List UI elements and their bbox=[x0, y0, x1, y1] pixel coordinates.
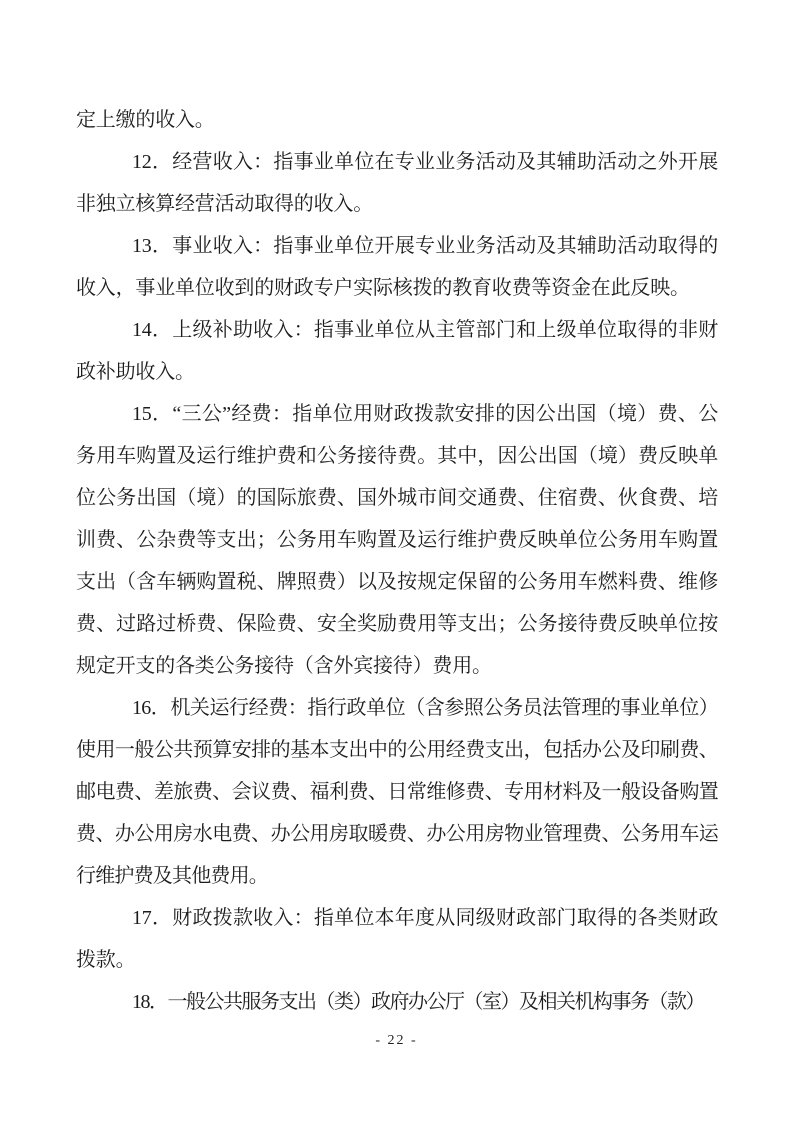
paragraph: 18．一般公共服务支出（类）政府办公厅（室）及相关机构事务（款） bbox=[76, 981, 718, 1023]
paragraph: 15．“三公”经费：指单位用财政拨款安排的因公出国（境）费、公务用车购置及运行维… bbox=[76, 393, 718, 687]
paragraph: 16．机关运行经费：指行政单位（含参照公务员法管理的事业单位）使用一般公共预算安… bbox=[76, 687, 718, 897]
paragraph: 定上缴的收入。 bbox=[76, 99, 718, 141]
paragraph: 13．事业收入：指事业单位开展专业业务活动及其辅助活动取得的收入，事业单位收到的… bbox=[76, 225, 718, 309]
paragraph: 14．上级补助收入：指事业单位从主管部门和上级单位取得的非财政补助收入。 bbox=[76, 309, 718, 393]
document-body: 定上缴的收入。12．经营收入：指事业单位在专业业务活动及其辅助活动之外开展非独立… bbox=[76, 99, 718, 1023]
document-page: 定上缴的收入。12．经营收入：指事业单位在专业业务活动及其辅助活动之外开展非独立… bbox=[0, 0, 793, 1122]
paragraph: 17．财政拨款收入：指单位本年度从同级财政部门取得的各类财政拨款。 bbox=[76, 897, 718, 981]
paragraph: 12．经营收入：指事业单位在专业业务活动及其辅助活动之外开展非独立核算经营活动取… bbox=[76, 141, 718, 225]
page-number: - 22 - bbox=[0, 1033, 793, 1049]
